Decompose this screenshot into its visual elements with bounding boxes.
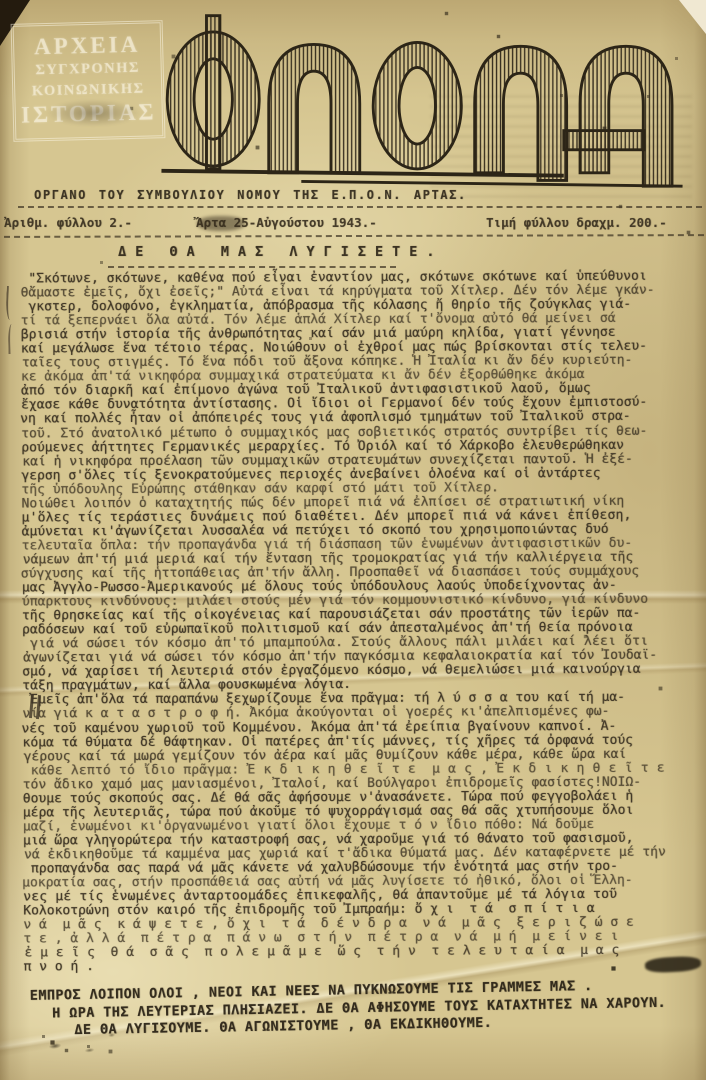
masthead-logo: ΦΛΟΓΑ (146, 8, 698, 190)
dashed-rule (18, 206, 702, 208)
body-line: κε ἀκόμα ἀπ'τά νικηφόρα συμμαχικά στρατε… (21, 368, 705, 385)
document-scan: ΑΡΧΕΙΑ ΣΥΓΧΡΟΝΗΣ ΚΟΙΝΩΝΙΚΗΣ ΙΣΤΟΡΙΑΣ ΦΛΟ… (0, 0, 706, 1080)
body-line: θἄμαστε ἐμεῖς, ὄχι ἐσεῖς;" Αὐτά εἶναι τά… (21, 284, 705, 301)
article-body: "Σκότωνε, σκότωνε, καθένα πού εἶναι ἐναν… (0, 269, 706, 974)
body-line: π ν ο ή . (23, 958, 706, 975)
body-line: νές τοῦ καμένου χωριοῦ τοῦ Κομμένου. Ἀκό… (21, 719, 705, 736)
margin-pen-mark (7, 324, 14, 354)
paper-speckles (0, 0, 1, 1)
floga-lettering (146, 8, 698, 190)
body-line: σύγχυσης καί τῆς ἡττοπάθειας ἀπ'τήν ἄλλη… (21, 564, 705, 581)
body-line: ἐ μ ε ῖ ς θ ά σ ᾶ ς π ο λ ε μ ᾶ μ ε ὥ ς … (24, 944, 706, 961)
body-line: Νοιώθει λοιπόν ὁ καταχτητής πώς δέν μπορ… (21, 494, 705, 511)
headline-title: ΔΕ ΘΑ ΜΑΣ ΛΥΓΙΣΕΤΕ. (118, 244, 443, 260)
issue-info-line: Ἀριθμ. φύλλου 2.- Ἄρτα 25-Αὐγούστου 1943… (0, 215, 706, 230)
body-line: καί ἡ νικηφόρα προέλαση τῶν συμμαχικῶν σ… (22, 452, 706, 469)
body-line: τοῦ. Στό ἀνατολικό μέτωπο ὁ συμμαχικός μ… (21, 424, 705, 441)
body-line: νά ἐκδικηθοῦμε τά καμμένα μας χωριά καί … (24, 845, 706, 862)
organ-subtitle: ΟΡΓΑΝΟ ΤΟΥ ΣΥΜΒΟΥΛΙΟΥ ΝΟΜΟΥ ΤΗΣ Ε.Π.Ο.Ν.… (34, 188, 467, 202)
body-line: ἀγωνίζεται γιά νά σώσει τόν κόσμο ἀπ'τήν… (23, 649, 706, 666)
body-line: τί τά ξεπερνάει ὅλα αὐτά. Τόν λέμε ἁπλά … (21, 312, 705, 329)
issue-number: Ἀριθμ. φύλλου 2.- (0, 215, 196, 230)
ink-smudge (197, 216, 245, 231)
stamp-line: ΑΡΧΕΙΑ (18, 31, 157, 60)
issue-price: Τιμή φύλλου δραχμ. 200.- (458, 215, 706, 230)
body-line: ύπαρκτους κινδύνους: μιλάει στούς μέν γι… (22, 593, 706, 610)
body-line: τόν ἄδικο χαμό μας μανιασμένοι, Ἰταλοί, … (23, 775, 706, 792)
stamp-stain (34, 92, 152, 134)
body-line: μοκρατία σας, στήν προσπάθειά σας αὐτή ν… (22, 873, 706, 890)
body-line: μαζί, ἑνωμένοι κι'ὀργανωμένοι γιατί ὅλοι… (23, 817, 706, 834)
dashed-rule (108, 266, 396, 268)
